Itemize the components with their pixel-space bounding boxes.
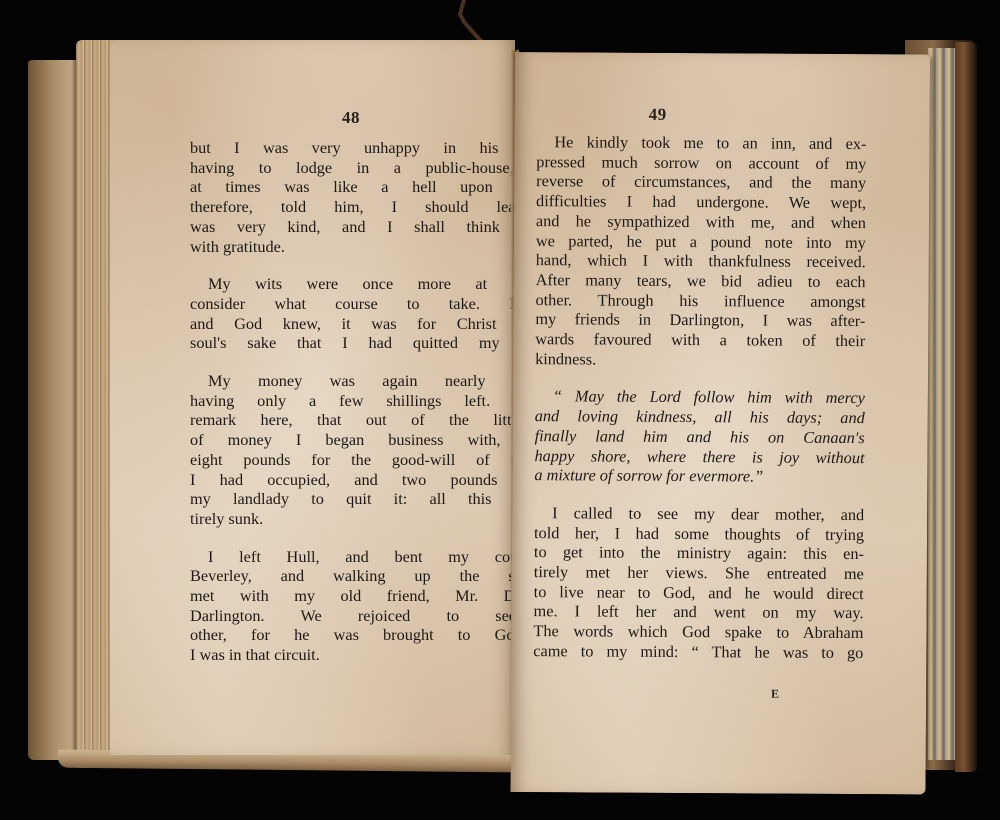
text-line: reverse of circumstances, and the many [536, 172, 866, 194]
text-line: tirely met her views. She entreated me [534, 562, 864, 584]
text-line: happy shore, where there is joy without [534, 446, 864, 468]
text-line: He kindly took me to an inn, and ex- [536, 132, 866, 154]
page-number-49: 49 [649, 105, 667, 125]
text-line: to live near to God, and he would direct [534, 582, 864, 604]
text-line: a mixture of sorrow for evermore.” [534, 465, 864, 487]
open-book-photo: 48 but I was very unhappy in his situati… [0, 0, 1000, 820]
signature-mark: E [771, 687, 779, 702]
text-line: difficulties I had undergone. We wept, [536, 191, 866, 213]
text-line: and loving kindness, all his days; and [535, 406, 865, 428]
book-cover-edge [955, 42, 977, 772]
text-line: other. Through his influence amongst [535, 290, 865, 312]
right-page-text: He kindly took me to an inn, and ex- pre… [533, 132, 866, 663]
paragraph: He kindly took me to an inn, and ex- pre… [535, 132, 866, 370]
text-line: my friends in Darlington, I was after- [535, 309, 865, 331]
text-line: The words which God spake to Abraham [533, 621, 863, 643]
text-line: pressed much sorrow on account of my [536, 152, 866, 174]
text-line: to get into the ministry again: this en- [534, 542, 864, 564]
text-line: told her, I had some thoughts of trying [534, 523, 864, 545]
text-line: “ May the Lord follow him with mercy [535, 387, 865, 409]
paragraph: I called to see my dear mother, and told… [533, 503, 864, 663]
right-page: 49 He kindly took me to an inn, and ex- … [510, 52, 930, 795]
text-line: hand, which I with thankfulness received… [536, 250, 866, 272]
text-line: kindness. [535, 349, 865, 371]
text-line: me. I left her and went on my way. [534, 602, 864, 624]
right-page-stack-edge [928, 48, 958, 760]
page-number-48: 48 [342, 108, 360, 128]
text-line: we parted, he put a pound note into my [536, 231, 866, 253]
italic-quotation: “ May the Lord follow him with mercy and… [534, 387, 865, 488]
text-line: and he sympathized with me, and when [536, 211, 866, 233]
text-line: After many tears, we bid adieu to each [536, 270, 866, 292]
text-line: I called to see my dear mother, and [534, 503, 864, 525]
text-line: wards favoured with a token of their [535, 329, 865, 351]
left-page: 48 but I was very unhappy in his situati… [110, 40, 515, 755]
text-line: came to my mind: “ That he was to go [533, 641, 863, 663]
text-line: finally land him and his on Canaan's [535, 426, 865, 448]
